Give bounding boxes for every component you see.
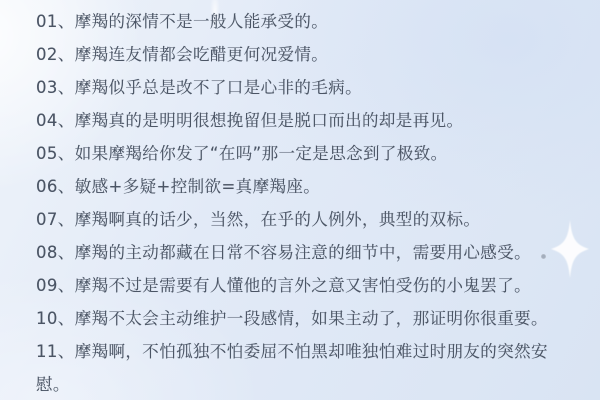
list-item: 07、摩羯啊真的话少，当然，在乎的人例外，典型的双标。: [36, 203, 574, 236]
list-item: 04、摩羯真的是明明很想挽留但是脱口而出的却是再见。: [36, 104, 574, 137]
quote-list: 01、摩羯的深情不是一般人能承受的。 02、摩羯连友情都会吃醋更何况爱情。 03…: [0, 5, 600, 400]
list-item: 02、摩羯连友情都会吃醋更何况爱情。: [36, 38, 574, 71]
list-item: 01、摩羯的深情不是一般人能承受的。: [36, 5, 574, 38]
list-item: 08、摩羯的主动都藏在日常不容易注意的细节中，需要用心感受。: [36, 236, 574, 269]
list-item: 09、摩羯不过是需要有人懂他的言外之意又害怕受伤的小鬼罢了。: [36, 269, 574, 302]
list-item: 11、摩羯啊，不怕孤独不怕委屈不怕黑却唯独怕难过时朋友的突然安慰。: [36, 335, 574, 400]
list-item: 06、敏感+多疑+控制欲=真摩羯座。: [36, 170, 574, 203]
list-item: 05、如果摩羯给你发了“在吗”那一定是思念到了极致。: [36, 137, 574, 170]
small-dot-decoration: [541, 254, 546, 259]
quote-card: 01、摩羯的深情不是一般人能承受的。 02、摩羯连友情都会吃醋更何况爱情。 03…: [0, 0, 600, 400]
list-item: 10、摩羯不太会主动维护一段感情，如果主动了，那证明你很重要。: [36, 302, 574, 335]
list-item: 03、摩羯似乎总是改不了口是心非的毛病。: [36, 71, 574, 104]
